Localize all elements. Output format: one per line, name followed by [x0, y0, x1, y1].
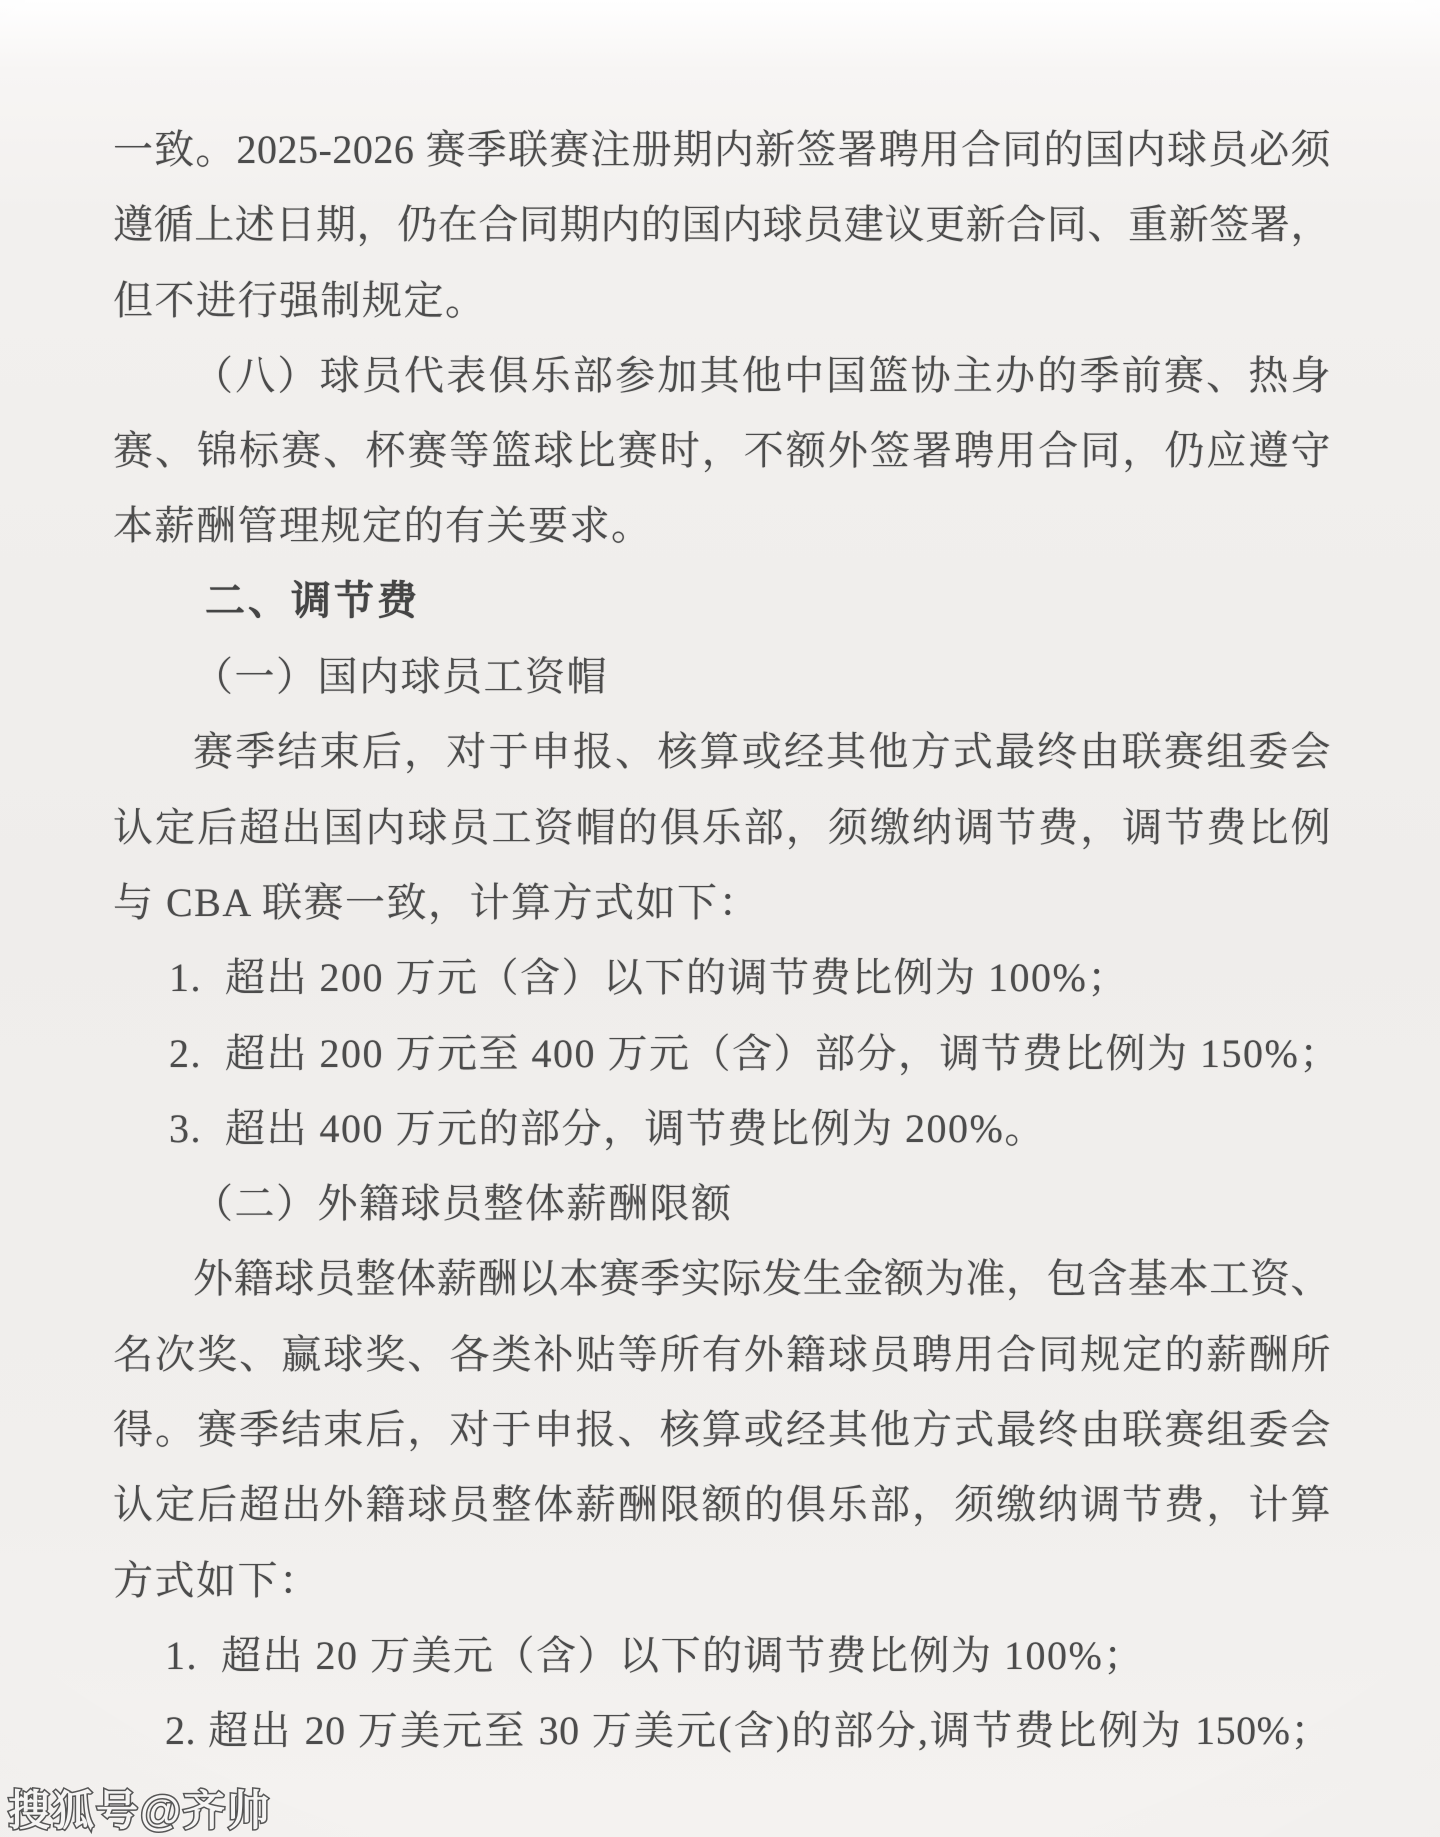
document-line: 2. 超出 20 万美元至 30 万美元(含)的部分,调节费比例为 150%； — [113, 1693, 1331, 1768]
document-line: 1. 超出 200 万元（含）以下的调节费比例为 100%； — [113, 940, 1331, 1015]
document-line: 一致。2025-2026 赛季联赛注册期内新签署聘用合同的国内球员必须 — [113, 112, 1331, 187]
document-page: 一致。2025-2026 赛季联赛注册期内新签署聘用合同的国内球员必须遵循上述日… — [0, 0, 1440, 1837]
document-line: 与 CBA 联赛一致，计算方式如下： — [113, 865, 1331, 940]
document-line: 得。赛季结束后，对于申报、核算或经其他方式最终由联赛组委会 — [113, 1392, 1331, 1467]
document-line: （一）国内球员工资帽 — [113, 639, 1331, 714]
document-line: 方式如下： — [113, 1543, 1331, 1618]
document-line: 认定后超出国内球员工资帽的俱乐部，须缴纳调节费，调节费比例 — [113, 790, 1331, 865]
document-line: 2. 超出 200 万元至 400 万元（含）部分，调节费比例为 150%； — [113, 1016, 1331, 1091]
document-line: 二、调节费 — [113, 564, 1331, 639]
document-line: 认定后超出外籍球员整体薪酬限额的俱乐部，须缴纳调节费，计算 — [113, 1467, 1331, 1542]
document-line: 赛季结束后，对于申报、核算或经其他方式最终由联赛组委会 — [113, 714, 1331, 789]
document-line: 本薪酬管理规定的有关要求。 — [113, 488, 1331, 563]
document-line: 名次奖、赢球奖、各类补贴等所有外籍球员聘用合同规定的薪酬所 — [113, 1317, 1331, 1392]
watermark-sohu: 搜狐号@齐帅 — [8, 1778, 271, 1837]
document-line: 遵循上述日期，仍在合同期内的国内球员建议更新合同、重新签署， — [113, 187, 1331, 262]
document-line: 1. 超出 20 万美元（含）以下的调节费比例为 100%； — [113, 1618, 1331, 1693]
document-line: 3. 超出 400 万元的部分，调节费比例为 200%。 — [113, 1091, 1331, 1166]
document-line: （二）外籍球员整体薪酬限额 — [113, 1166, 1331, 1241]
text-block: 一致。2025-2026 赛季联赛注册期内新签署聘用合同的国内球员必须遵循上述日… — [113, 112, 1331, 1769]
document-line: 赛、锦标赛、杯赛等篮球比赛时，不额外签署聘用合同，仍应遵守 — [113, 413, 1331, 488]
document-line: （八）球员代表俱乐部参加其他中国篮协主办的季前赛、热身 — [113, 338, 1331, 413]
document-line: 外籍球员整体薪酬以本赛季实际发生金额为准，包含基本工资、 — [113, 1241, 1331, 1316]
document-line: 但不进行强制规定。 — [113, 263, 1331, 338]
